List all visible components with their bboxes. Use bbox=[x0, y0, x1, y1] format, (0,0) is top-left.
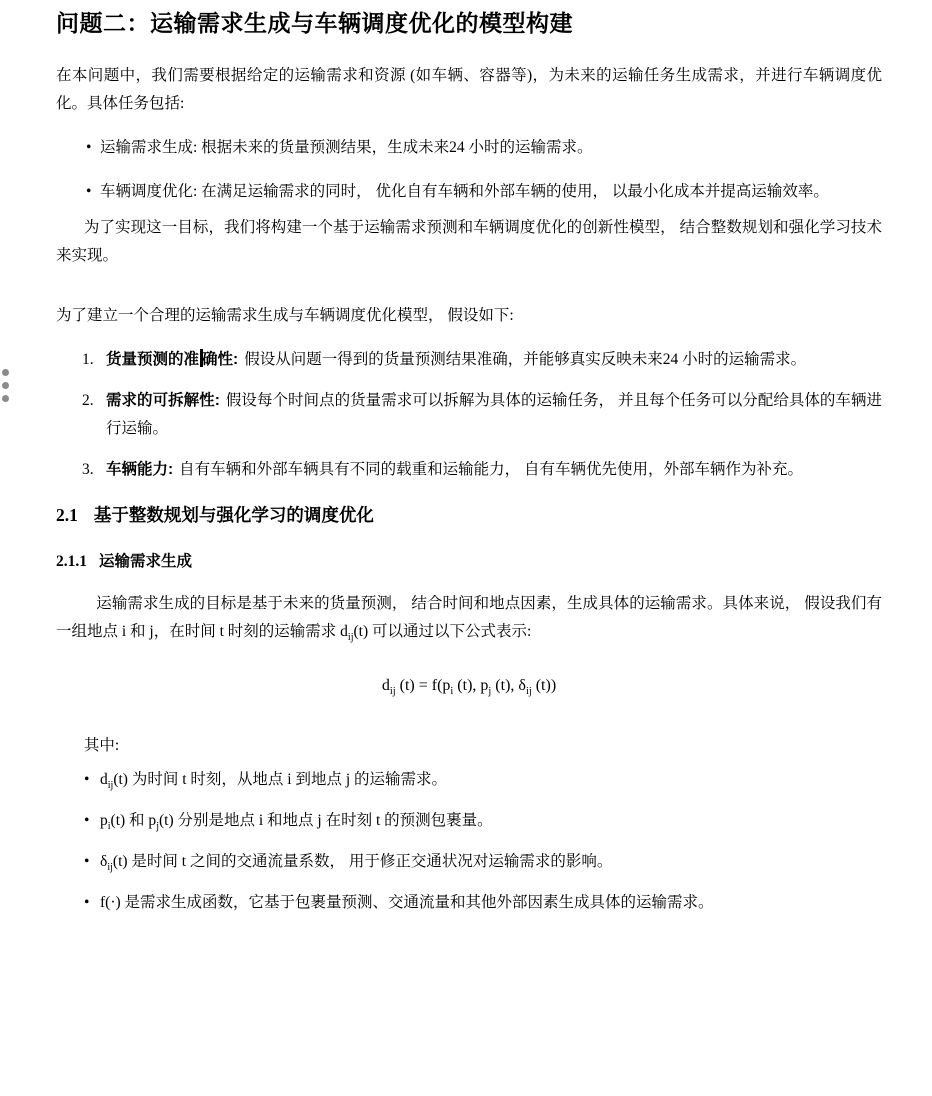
item-number: 2. bbox=[82, 387, 106, 415]
assumptions-intro: 为了建立一个合理的运输需求生成与车辆调度优化模型， 假设如下: bbox=[56, 302, 882, 330]
list-item: • 运输需求生成: 根据未来的货量预测结果，生成未来24 小时的运输需求。 bbox=[86, 134, 882, 162]
item-label: 货量预测的准确性: bbox=[106, 351, 238, 368]
assumption-text: 货量预测的准确性:假设从问题一得到的货量预测结果准确，并能够真实反映未来24 小… bbox=[106, 346, 882, 374]
section-number: 2.1 bbox=[56, 505, 78, 525]
page-title: 问题二：运输需求生成与车辆调度优化的模型构建 bbox=[56, 8, 882, 38]
bullet-icon: • bbox=[86, 134, 100, 162]
assumption-text: 需求的可拆解性:假设每个时间点的货量需求可以拆解为具体的运输任务， 并且每个任务… bbox=[106, 387, 882, 443]
section-heading: 2.1基于整数规划与强化学习的调度优化 bbox=[56, 502, 882, 528]
symbol-list: • dij(t) 为时间 t 时刻，从地点 i 到地点 j 的运输需求。 • p… bbox=[56, 766, 882, 917]
item-number: 1. bbox=[82, 346, 106, 374]
gutter-dots bbox=[2, 369, 9, 402]
symbol-item-text: pi(t) 和 pj(t) 分别是地点 i 和地点 j 在时刻 t 的预测包裹量… bbox=[100, 807, 882, 835]
item-label-post: 确性: bbox=[202, 351, 238, 368]
subsection-heading: 2.1.1运输需求生成 bbox=[56, 550, 882, 574]
gutter-dot bbox=[2, 382, 9, 389]
bullet-icon: • bbox=[84, 766, 100, 794]
subsection-title: 运输需求生成 bbox=[99, 553, 192, 570]
gutter-dot bbox=[2, 395, 9, 402]
item-label: 需求的可拆解性: bbox=[106, 392, 220, 409]
item-label: 车辆能力: bbox=[106, 461, 173, 478]
item-label-pre: 货量预测的准 bbox=[106, 351, 199, 368]
bullet-icon: • bbox=[86, 178, 100, 206]
assumption-body: 假设每个时间点的货量需求可以拆解为具体的运输任务， 并且每个任务可以分配给具体的… bbox=[106, 392, 882, 437]
list-item-text: 车辆调度优化: 在满足运输需求的同时， 优化自有车辆和外部车辆的使用， 以最小化… bbox=[100, 178, 882, 206]
list-item-text: 运输需求生成: 根据未来的货量预测结果，生成未来24 小时的运输需求。 bbox=[100, 134, 882, 162]
symbol-item-text: δij(t) 是时间 t 之间的交通流量系数， 用于修正交通状况对运输需求的影响… bbox=[100, 848, 882, 876]
bullet-icon: • bbox=[84, 889, 100, 917]
task-list: • 运输需求生成: 根据未来的货量预测结果，生成未来24 小时的运输需求。 • … bbox=[56, 134, 882, 206]
assumption-text: 车辆能力:自有车辆和外部车辆具有不同的载重和运输能力， 自有车辆优先使用，外部车… bbox=[106, 456, 882, 484]
assumptions-list: 1. 货量预测的准确性:假设从问题一得到的货量预测结果准确，并能够真实反映未来2… bbox=[56, 346, 882, 484]
symbol-item-text: f(·) 是需求生成函数，它基于包裹量预测、交通流量和其他外部因素生成具体的运输… bbox=[100, 889, 882, 917]
symbol-item-text: dij(t) 为时间 t 时刻，从地点 i 到地点 j 的运输需求。 bbox=[100, 766, 882, 794]
symbol-item: • f(·) 是需求生成函数，它基于包裹量预测、交通流量和其他外部因素生成具体的… bbox=[84, 889, 882, 917]
goal-paragraph: 为了实现这一目标，我们将构建一个基于运输需求预测和车辆调度优化的创新性模型， 结… bbox=[56, 214, 882, 270]
intro-paragraph: 在本问题中，我们需要根据给定的运输需求和资源 (如车辆、容器等)，为未来的运输任… bbox=[56, 62, 882, 118]
gutter-dot bbox=[2, 369, 9, 376]
section-title: 基于整数规划与强化学习的调度优化 bbox=[94, 505, 374, 525]
assumption-item: 3. 车辆能力:自有车辆和外部车辆具有不同的载重和运输能力， 自有车辆优先使用，… bbox=[82, 456, 882, 484]
assumption-body: 自有车辆和外部车辆具有不同的载重和运输能力， 自有车辆优先使用，外部车辆作为补充… bbox=[179, 461, 803, 478]
bullet-icon: • bbox=[84, 848, 100, 876]
document-page: 问题二：运输需求生成与车辆调度优化的模型构建 在本问题中，我们需要根据给定的运输… bbox=[0, 0, 932, 1096]
list-item: • 车辆调度优化: 在满足运输需求的同时， 优化自有车辆和外部车辆的使用， 以最… bbox=[86, 178, 882, 206]
symbol-item: • dij(t) 为时间 t 时刻，从地点 i 到地点 j 的运输需求。 bbox=[84, 766, 882, 794]
assumption-item: 2. 需求的可拆解性:假设每个时间点的货量需求可以拆解为具体的运输任务， 并且每… bbox=[82, 387, 882, 443]
formula: dij (t) = f(pi (t), pj (t), δij (t)) bbox=[56, 672, 882, 700]
item-number: 3. bbox=[82, 456, 106, 484]
symbol-item: • pi(t) 和 pj(t) 分别是地点 i 和地点 j 在时刻 t 的预测包… bbox=[84, 807, 882, 835]
bullet-icon: • bbox=[84, 807, 100, 835]
body-paragraph: 运输需求生成的目标是基于未来的货量预测， 结合时间和地点因素，生成具体的运输需求… bbox=[56, 590, 882, 646]
assumption-item: 1. 货量预测的准确性:假设从问题一得到的货量预测结果准确，并能够真实反映未来2… bbox=[82, 346, 882, 374]
where-label: 其中: bbox=[56, 732, 882, 760]
symbol-item: • δij(t) 是时间 t 之间的交通流量系数， 用于修正交通状况对运输需求的… bbox=[84, 848, 882, 876]
subsection-number: 2.1.1 bbox=[56, 553, 87, 570]
assumption-body: 假设从问题一得到的货量预测结果准确，并能够真实反映未来24 小时的运输需求。 bbox=[244, 351, 806, 368]
